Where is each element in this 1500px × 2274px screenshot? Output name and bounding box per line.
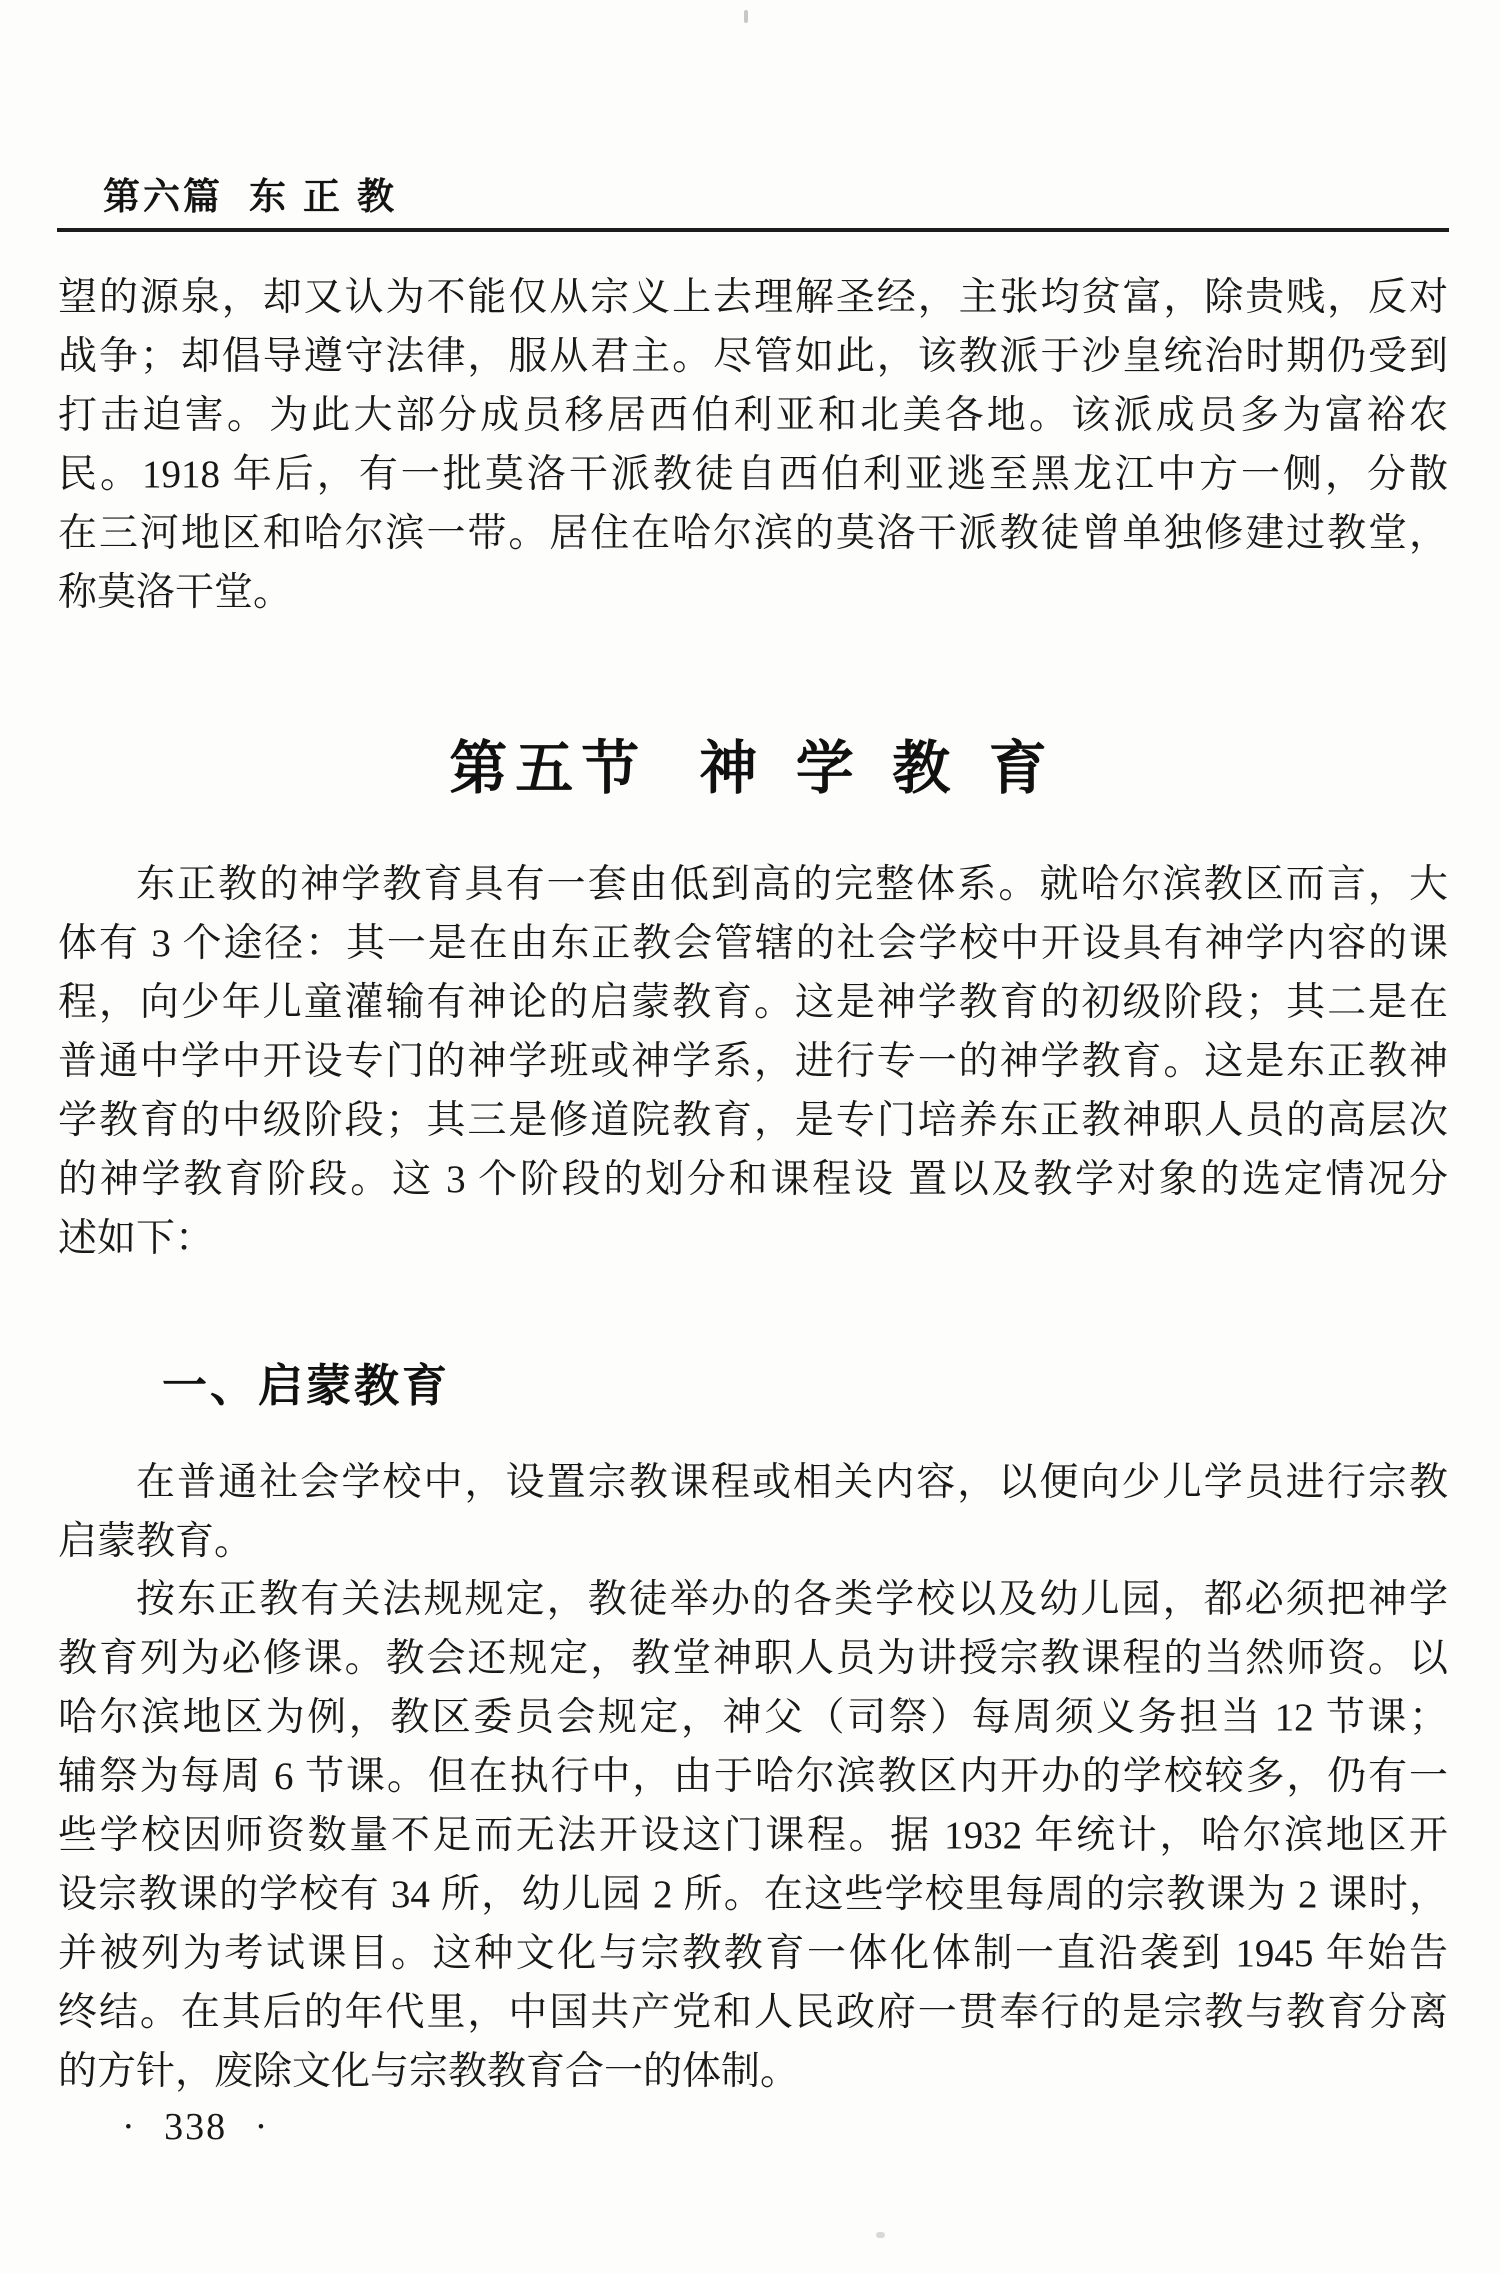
running-header: 第六篇东正教 [103, 176, 411, 218]
text-line: 哈尔滨地区为例，教区委员会规定，神父（司祭）每周须义务担当 12 节课； [58, 1688, 1448, 1747]
text-line: 辅祭为每周 6 节课。但在执行中，由于哈尔滨教区内开办的学校较多，仍有一 [58, 1747, 1448, 1806]
text-line: 设宗教课的学校有 34 所，幼儿园 2 所。在这些学校里每周的宗教课为 2 课时… [58, 1865, 1448, 1924]
text-line: 打击迫害。为此大部分成员移居西伯利亚和北美各地。该派成员多为富裕农 [58, 386, 1448, 445]
text-line: 民。1918 年后，有一批莫洛干派教徒自西伯利亚逃至黑龙江中方一侧，分散 [58, 445, 1448, 504]
text-line: 并被列为考试课目。这种文化与宗教教育一体化体制一直沿袭到 1945 年始告 [58, 1924, 1448, 1983]
text-line: 些学校因师资数量不足而无法开设这门课程。据 1932 年统计，哈尔滨地区开 [58, 1806, 1448, 1865]
text-line: 的神学教育阶段。这 3 个阶段的划分和课程设 置以及教学对象的选定情况分 [58, 1150, 1448, 1209]
text-line: 称莫洛干堂。 [58, 563, 1448, 622]
text-line: 教育列为必修课。教会还规定，教堂神职人员为讲授宗教课程的当然师资。以 [58, 1629, 1448, 1688]
paragraph-sub1-a: 在普通社会学校中，设置宗教课程或相关内容，以便向少儿学员进行宗教 启蒙教育。 [58, 1453, 1448, 1571]
part-number: 第六篇 [103, 176, 223, 217]
text-line: 体有 3 个途径：其一是在由东正教会管辖的社会学校中开设具有神学内容的课 [58, 914, 1448, 973]
section-name: 神 学 教 育 [699, 736, 1051, 801]
text-line: 述如下： [58, 1209, 1448, 1268]
page-number: · 338 · [122, 2104, 269, 2150]
text-line: 在三河地区和哈尔滨一带。居住在哈尔滨的莫洛干派教徒曾单独修建过教堂， [58, 504, 1448, 563]
text-line: 东正教的神学教育具有一套由低到高的完整体系。就哈尔滨教区而言，大 [58, 855, 1448, 914]
text-line: 战争；却倡导遵守法律，服从君主。尽管如此，该教派于沙皇统治时期仍受到 [58, 327, 1448, 386]
scan-artifact-bottom [876, 2232, 885, 2238]
paragraph-sub1-b: 按东正教有关法规规定，教徒举办的各类学校以及幼儿园，都必须把神学 教育列为必修课… [58, 1570, 1448, 2101]
text-line: 学教育的中级阶段；其三是修道院教育，是专门培养东正教神职人员的高层次 [58, 1091, 1448, 1150]
paragraph-intro: 望的源泉，却又认为不能仅从宗义上去理解圣经，主张均贫富，除贵贱，反对 战争；却倡… [58, 268, 1448, 622]
text-line: 终结。在其后的年代里，中国共产党和人民政府一贯奉行的是宗教与教育分离 [58, 1983, 1448, 2042]
text-line: 普通中学中开设专门的神学班或神学系，进行专一的神学教育。这是东正教神 [58, 1032, 1448, 1091]
text-line: 在普通社会学校中，设置宗教课程或相关内容，以便向少儿学员进行宗教 [58, 1453, 1448, 1512]
header-divider [57, 228, 1449, 232]
section-title: 第五节神 学 教 育 [0, 736, 1500, 802]
part-title: 东正教 [249, 176, 411, 217]
subsection-heading: 一、启蒙教育 [162, 1360, 450, 1412]
book-page: 第六篇东正教 望的源泉，却又认为不能仅从宗义上去理解圣经，主张均贫富，除贵贱，反… [0, 0, 1500, 2274]
text-line: 启蒙教育。 [58, 1512, 1448, 1571]
scan-artifact-top [744, 10, 748, 23]
text-line: 按东正教有关法规规定，教徒举办的各类学校以及幼儿园，都必须把神学 [58, 1570, 1448, 1629]
text-line: 程，向少年儿童灌输有神论的启蒙教育。这是神学教育的初级阶段；其二是在 [58, 973, 1448, 1032]
text-line: 望的源泉，却又认为不能仅从宗义上去理解圣经，主张均贫富，除贵贱，反对 [58, 268, 1448, 327]
paragraph-overview: 东正教的神学教育具有一套由低到高的完整体系。就哈尔滨教区而言，大 体有 3 个途… [58, 855, 1448, 1268]
text-line: 的方针，废除文化与宗教教育合一的体制。 [58, 2042, 1448, 2101]
section-label: 第五节 [449, 736, 647, 801]
